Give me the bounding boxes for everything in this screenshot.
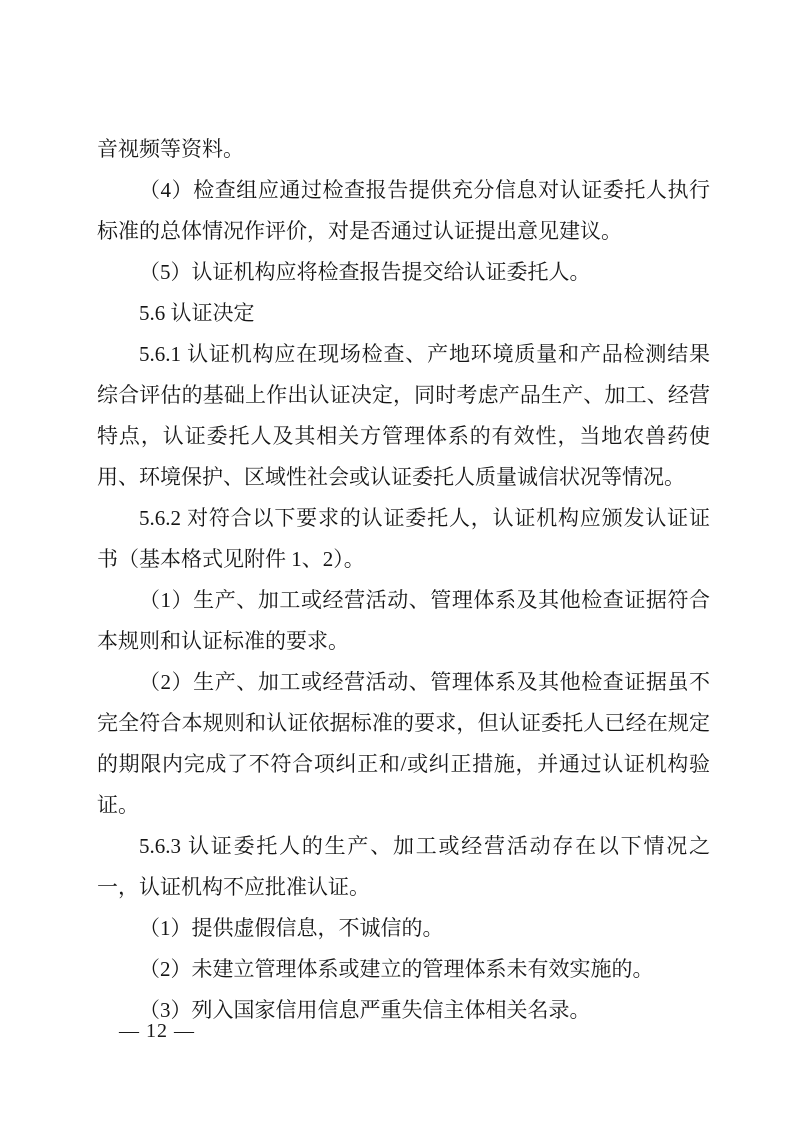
page-number: — 12 — — [119, 1020, 195, 1043]
paragraph-5-6-3-item-2: （2）未建立管理体系或建立的管理体系未有效实施的。 — [97, 949, 710, 990]
paragraph-5-6-2: 5.6.2 对符合以下要求的认证委托人，认证机构应颁发认证证书（基本格式见附件 … — [97, 498, 710, 580]
paragraph-5-6-1: 5.6.1 认证机构应在现场检查、产地环境质量和产品检测结果综合评估的基础上作出… — [97, 334, 710, 498]
paragraph-5-6-2-item-2: （2）生产、加工或经营活动、管理体系及其他检查证据虽不完全符合本规则和认证依据标… — [97, 662, 710, 826]
paragraph-5-6-3-item-1: （1）提供虚假信息，不诚信的。 — [97, 908, 710, 949]
document-page: 音视频等资料。 （4）检查组应通过检查报告提供充分信息对认证委托人执行标准的总体… — [0, 0, 800, 1124]
body-text-block: 音视频等资料。 （4）检查组应通过检查报告提供充分信息对认证委托人执行标准的总体… — [97, 129, 710, 1031]
paragraph-5-6-3: 5.6.3 认证委托人的生产、加工或经营活动存在以下情况之一，认证机构不应批准认… — [97, 826, 710, 908]
paragraph-item-5: （5）认证机构应将检查报告提交给认证委托人。 — [97, 252, 710, 293]
paragraph-5-6-2-item-1: （1）生产、加工或经营活动、管理体系及其他检查证据符合本规则和认证标准的要求。 — [97, 580, 710, 662]
paragraph-continuation: 音视频等资料。 — [97, 129, 710, 170]
heading-5-6: 5.6 认证决定 — [97, 293, 710, 334]
paragraph-item-4: （4）检查组应通过检查报告提供充分信息对认证委托人执行标准的总体情况作评价，对是… — [97, 170, 710, 252]
